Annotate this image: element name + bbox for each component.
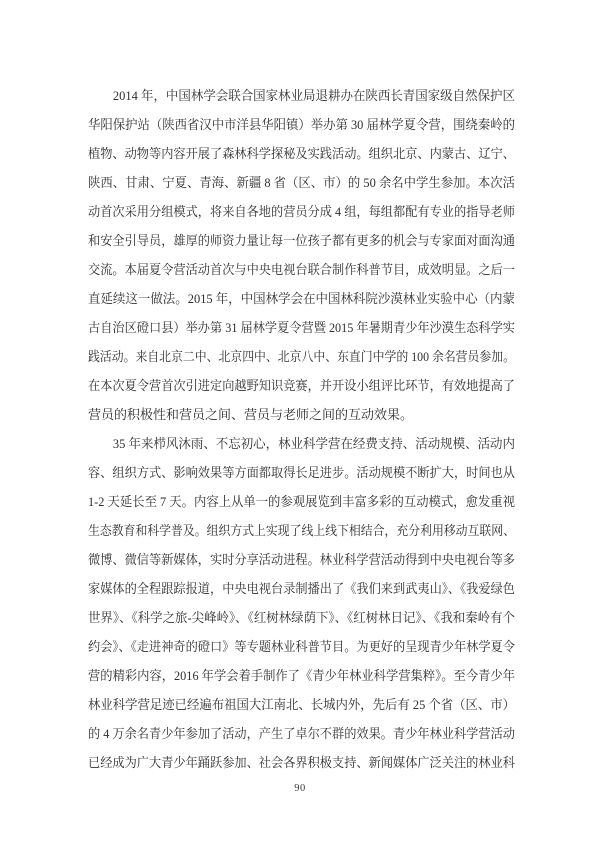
text-line: 的 4 万余名青少年参加了活动，产生了卓尔不群的效果。青少年林业科学营活动: [88, 719, 515, 748]
body-text: 2014 年，中国林学会联合国家林业局退耕办在陕西长青国家级自然保护区华阳保护站…: [88, 81, 515, 777]
text-line: 华阳保护站（陕西省汉中市洋县华阳镇）举办第 30 届林学夏令营，围绕秦岭的: [88, 110, 515, 139]
text-line: 约会》、《走进神奇的磴口》等专题林业科普节目。为更好的呈现青少年林学夏令: [88, 632, 515, 661]
text-line: 世界》、《科学之旅-尖峰岭》、《红树林绿荫下》、《红树林日记》、《我和秦岭有个: [88, 603, 515, 632]
text-line: 古自治区磴口县）举办第 31 届林学夏令营暨 2015 年暑期青少年沙漠生态科学…: [88, 313, 515, 342]
text-line: 已经成为广大青少年踊跃参加、社会各界积极支持、新闻媒体广泛关注的林业科: [88, 748, 515, 777]
text-line: 1-2 天延长至 7 天。内容上从单一的参观展览到丰富多彩的互动模式，愈发重视: [88, 487, 515, 516]
text-line: 营员的积极性和营员之间、营员与老师之间的互动效果。: [88, 400, 515, 429]
text-line: 林业科学营足迹已经遍布祖国大江南北、长城内外，先后有 25 个省（区、市）: [88, 690, 515, 719]
text-line: 和安全引导员，雄厚的师资力量让每一位孩子都有更多的机会与专家面对面沟通: [88, 226, 515, 255]
text-line: 直延续这一做法。2015 年，中国林学会在中国林科院沙漠林业实验中心（内蒙: [88, 284, 515, 313]
text-line: 营的精彩内容，2016 年学会着手制作了《青少年林业科学营集粹》。至今青少年: [88, 661, 515, 690]
text-line: 植物、动物等内容开展了森林科学探秘及实践活动。组织北京、内蒙古、辽宁、: [88, 139, 515, 168]
text-line: 在本次夏令营首次引进定向越野知识竞赛，并开设小组评比环节，有效地提高了: [88, 371, 515, 400]
text-line: 容、组织方式、影响效果等方面都取得长足进步。活动规模不断扩大，时间也从: [88, 458, 515, 487]
document-page: 2014 年，中国林学会联合国家林业局退耕办在陕西长青国家级自然保护区华阳保护站…: [0, 0, 600, 848]
text-line: 交流。本届夏令营活动首次与中央电视台联合制作科普节目，成效明显。之后一: [88, 255, 515, 284]
text-line: 践活动。来自北京二中、北京四中、北京八中、东直门中学的 100 余名营员参加。: [88, 342, 515, 371]
paragraph: 2014 年，中国林学会联合国家林业局退耕办在陕西长青国家级自然保护区华阳保护站…: [88, 81, 515, 429]
text-line: 陕西、甘肃、宁夏、青海、新疆 8 省（区、市）的 50 余名中学生参加。本次活: [88, 168, 515, 197]
text-line: 2014 年，中国林学会联合国家林业局退耕办在陕西长青国家级自然保护区: [88, 81, 515, 110]
paragraph: 35 年来栉风沐雨、不忘初心，林业科学营在经费支持、活动规模、活动内容、组织方式…: [88, 429, 515, 777]
text-line: 家媒体的全程跟踪报道，中央电视台录制播出了《我们来到武夷山》、《我爱绿色: [88, 574, 515, 603]
text-line: 35 年来栉风沐雨、不忘初心，林业科学营在经费支持、活动规模、活动内: [88, 429, 515, 458]
first-line-indent: [88, 447, 113, 448]
text-line: 微博、微信等新媒体，实时分享活动进程。林业科学营活动得到中央电视台等多: [88, 545, 515, 574]
first-line-indent: [88, 99, 113, 100]
page-number: 90: [0, 783, 600, 794]
text-line: 生态教育和科学普及。组织方式上实现了线上线下相结合，充分利用移动互联网、: [88, 516, 515, 545]
text-line: 动首次采用分组模式，将来自各地的营员分成 4 组，每组都配有专业的指导老师: [88, 197, 515, 226]
